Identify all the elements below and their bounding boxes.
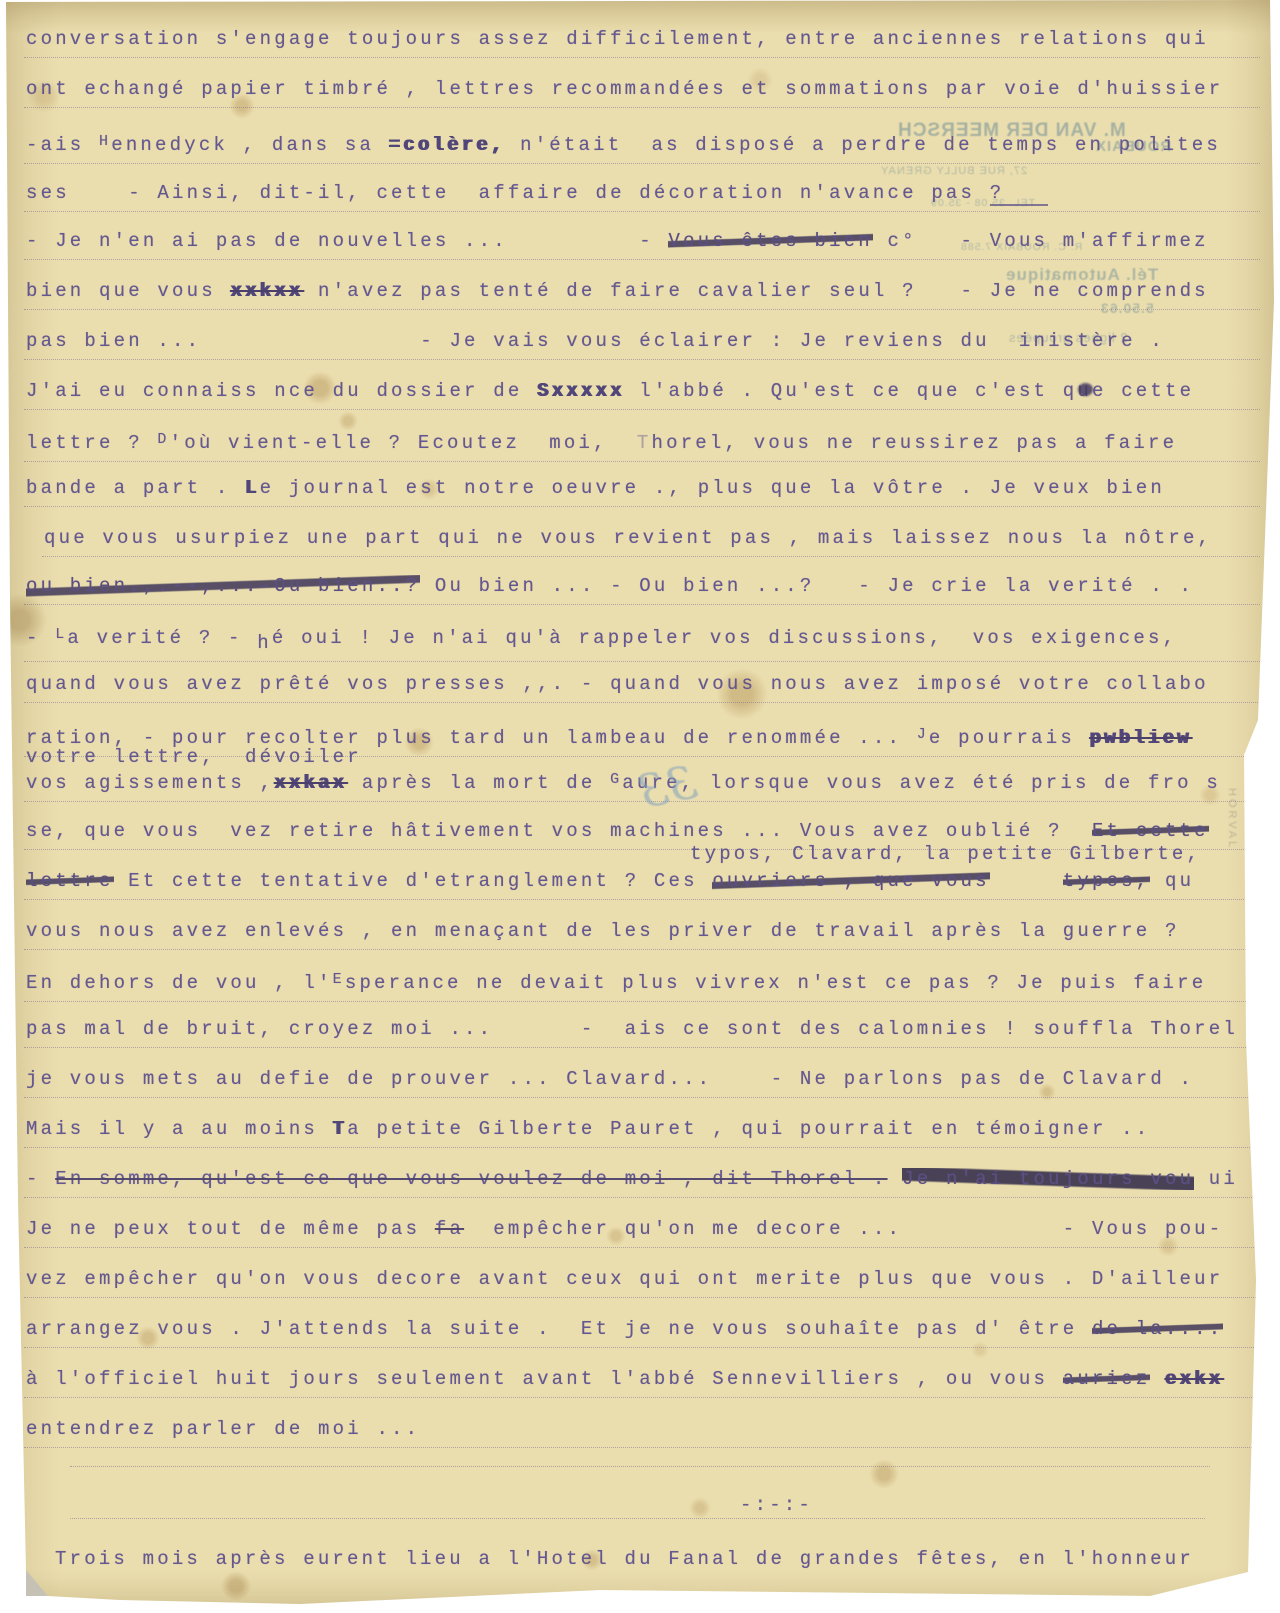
typed-segment: h [257,632,272,654]
typed-segment: ? [990,182,1048,206]
typed-line: arrangez vous . J'attends la suite . Et … [26,1320,1244,1339]
typed-segment: auriez [1063,1368,1151,1390]
typed-segment: =colère, [389,134,506,156]
typed-line: Mais il y a au moins Ta petite Gilberte … [26,1120,1244,1139]
typed-segment: xxkax [274,772,347,794]
typed-segment: bien que vous [26,280,230,302]
typed-segment: -:-:- [740,1494,813,1516]
typed-segment: ont echangé papier timbré , lettres reco… [26,78,1223,100]
dotted-rule [70,1518,1205,1519]
typed-line: J'ai eu connaiss nce du dossier de Sxxxx… [26,382,1244,401]
typed-segment: pas bien ... - Je vais vous éclairer : J… [26,330,1165,352]
typed-line: - En somme, qu'est ce que vous voulez de… [26,1170,1244,1189]
typed-segment: - Je n'en ai pas de nouvelles ... - [26,230,668,252]
typed-segment: vous nous avez enlevés , en menaçant de … [26,920,1180,942]
typed-segment: Vous êtes bien [668,230,872,252]
typed-line: - La verité ? - hé oui ! Je n'ai qu'à ra… [26,625,1244,653]
typed-line: se, que vous vez retire hâtivement vos m… [26,822,1244,841]
typed-segment: T [333,1118,348,1140]
typed-segment: En somme, qu'est ce que vous voulez de m… [55,1168,887,1190]
typed-line: - Je n'en ai pas de nouvelles ... - Vous… [26,232,1244,251]
typed-segment: pwbliew [1090,727,1192,749]
typed-segment: l'abbé . Qu'est ce que c'est q [625,380,1078,402]
typed-segment: ouvriers , que vous [712,870,989,892]
typed-segment: quand vous avez prêté vos presses ,,. - … [26,673,1209,695]
typed-segment: ui [1194,1168,1238,1190]
typed-segment: Sxxxxx [537,380,625,402]
typed-line: En dehors de vou , l'Esperance ne devait… [26,970,1244,993]
typed-segment: sperance ne devait plus vivrex n'est ce … [345,972,1207,994]
typed-segment: horel, vous ne reussirez pas a faire [652,432,1178,454]
typed-line: vous nous avez enlevés , en menaçant de … [26,922,1244,941]
typed-line: Je ne peux tout de même pas fa empêcher … [26,1220,1244,1239]
typed-segment: n'avez pas tenté de faire cavalier seul … [303,280,1208,302]
typed-segment: aure, lorsque vous avez été pris de fro … [622,772,1221,794]
typed-segment: exkx [1165,1368,1223,1390]
typed-line: lettre Et cette tentative d'etranglement… [26,872,1244,891]
typed-segment: conversation s'engage toujours assez dif… [26,28,1209,50]
typed-segment: typos, Clavard, la petite Gilberte, [690,843,1201,865]
typed-segment: Je n'ai toujours vou [902,1168,1194,1190]
typed-segment [1150,1368,1165,1390]
typed-segment: J'ai eu connaiss nce du dossier de [26,380,537,402]
typed-segment: entendrez parler de moi ... [26,1418,420,1440]
typed-line: bien que vous xxkxx n'avez pas tenté de … [26,282,1244,301]
typed-segment: que vous usurpiez une part qui ne vous r… [44,527,1212,549]
typed-line: ses - Ainsi, dit-il, cette affaire de dé… [26,184,1244,203]
typed-segment: pas mal de bruit, croyez moi ... - ais c… [26,1018,1238,1040]
typed-segment: de la.... [1092,1318,1223,1340]
typed-segment: bande a part . [26,477,245,499]
typed-segment: -ais [26,134,99,156]
typed-segment: ses - Ainsi, dit-il, cette affaire de dé… [26,182,990,204]
typed-segment: ennedyck , dans sa [111,134,388,156]
typed-segment: Ou bien ... - Ou bien ...? - Je crie la … [420,575,1194,597]
typed-line: ration, - pour recolter plus tard un lam… [26,725,1244,748]
typed-line: je vous mets au defie de prouver ... Cla… [26,1070,1244,1089]
typed-line: -ais Hennedyck , dans sa =colère, n'étai… [26,132,1244,155]
typed-segment: votre lettre, dévoiler [26,746,362,768]
typed-segment: e journal est notre oeuvre ., plus que l… [260,477,1165,499]
typed-segment: H [99,133,111,150]
typed-segment: T [637,432,652,454]
typed-segment: se, que vous vez retire hâtivement vos m… [26,820,1092,842]
typed-segment: 'où vient-elle ? Ecoutez moi, [170,432,637,454]
typed-segment: G [610,771,622,788]
typed-segment: vos agissements , [26,772,274,794]
typed-segment: D [157,431,169,448]
typed-segment: cette [1107,380,1195,402]
separator: -:-:- [740,1496,1244,1515]
typed-line: quand vous avez prêté vos presses ,,. - … [26,675,1244,694]
typed-segment: fa [435,1218,464,1240]
typed-text-layer: conversation s'engage toujours assez dif… [0,0,1280,1613]
typed-segment: Et cette [1092,820,1209,842]
typed-segment: ue [1077,380,1106,402]
typed-line: typos, Clavard, la petite Gilberte, [690,845,1244,864]
typed-line: bande a part . Le journal est notre oeuv… [26,479,1244,498]
edge-vertical-faint-text: HORVAL [1226,788,1238,948]
typed-segment: a verité ? - [67,627,257,649]
typed-segment: e pourrais [929,727,1090,749]
typed-segment: E [333,971,345,988]
typed-line: votre lettre, dévoiler [26,748,1244,767]
typed-segment: après la mort de [347,772,610,794]
typed-segment: xxkxx [230,280,303,302]
typed-segment: é oui ! Je n'ai qu'à rappeler vos discus… [272,627,1177,649]
typed-line: Trois mois après eurent lieu a l'Hotel d… [55,1550,1244,1569]
typed-segment: J [917,726,929,743]
typed-segment: typos, [1063,870,1151,892]
typed-segment: a petite Gilberte Pauret , qui pourrait … [347,1118,1150,1140]
typed-segment: Mais il y a au moins [26,1118,333,1140]
manuscript-page: M. VAN DER MEERSCHROUBAIX27, RUE BULLY G… [0,0,1280,1613]
dotted-rule [70,1466,1210,1467]
typed-segment [888,1168,903,1190]
typed-line: pas mal de bruit, croyez moi ... - ais c… [26,1020,1244,1039]
typed-segment: n'était as disposé a perdre de temps en … [505,134,1221,156]
typed-segment: ou bien.,.--,...-Ou bien..? [26,575,420,597]
typed-segment: L [55,626,67,643]
typed-segment: c° - Vous m'affirmez [873,230,1209,252]
typed-segment: lettre ? [26,432,157,454]
typed-line: entendrez parler de moi ... [26,1420,1244,1439]
typed-line: que vous usurpiez une part qui ne vous r… [44,529,1244,548]
typed-segment: vez empêcher qu'on vous decore avant ceu… [26,1268,1223,1290]
typed-segment: qu [1150,870,1194,892]
typed-segment: - [26,627,55,649]
typed-segment: à l'officiel huit jours seulement avant … [26,1368,1063,1390]
typed-line: conversation s'engage toujours assez dif… [26,30,1244,49]
typed-line: ont echangé papier timbré , lettres reco… [26,80,1244,99]
typed-line: lettre ? D'où vient-elle ? Ecoutez moi, … [26,430,1244,453]
typed-segment: En dehors de vou , l' [26,972,333,994]
typed-line: ou bien.,.--,...-Ou bien..? Ou bien ... … [26,577,1244,596]
typed-line: à l'officiel huit jours seulement avant … [26,1370,1244,1389]
typed-segment: lettre [26,870,114,892]
typed-segment: - [26,1168,55,1190]
typed-segment: empêcher qu'on me decore ... - Vous pou- [464,1218,1223,1240]
typed-segment [990,870,1063,892]
typed-segment: L [245,477,260,499]
typed-line: pas bien ... - Je vais vous éclairer : J… [26,332,1244,351]
typed-segment: Je ne peux tout de même pas [26,1218,435,1240]
typed-segment: Et cette tentative d'etranglement ? Ces [114,870,713,892]
typed-segment: Trois mois après eurent lieu a l'Hotel d… [55,1548,1194,1570]
typed-segment: arrangez vous . J'attends la suite . Et … [26,1318,1092,1340]
typed-line: vez empêcher qu'on vous decore avant ceu… [26,1270,1244,1289]
typed-segment: je vous mets au defie de prouver ... Cla… [26,1068,1194,1090]
